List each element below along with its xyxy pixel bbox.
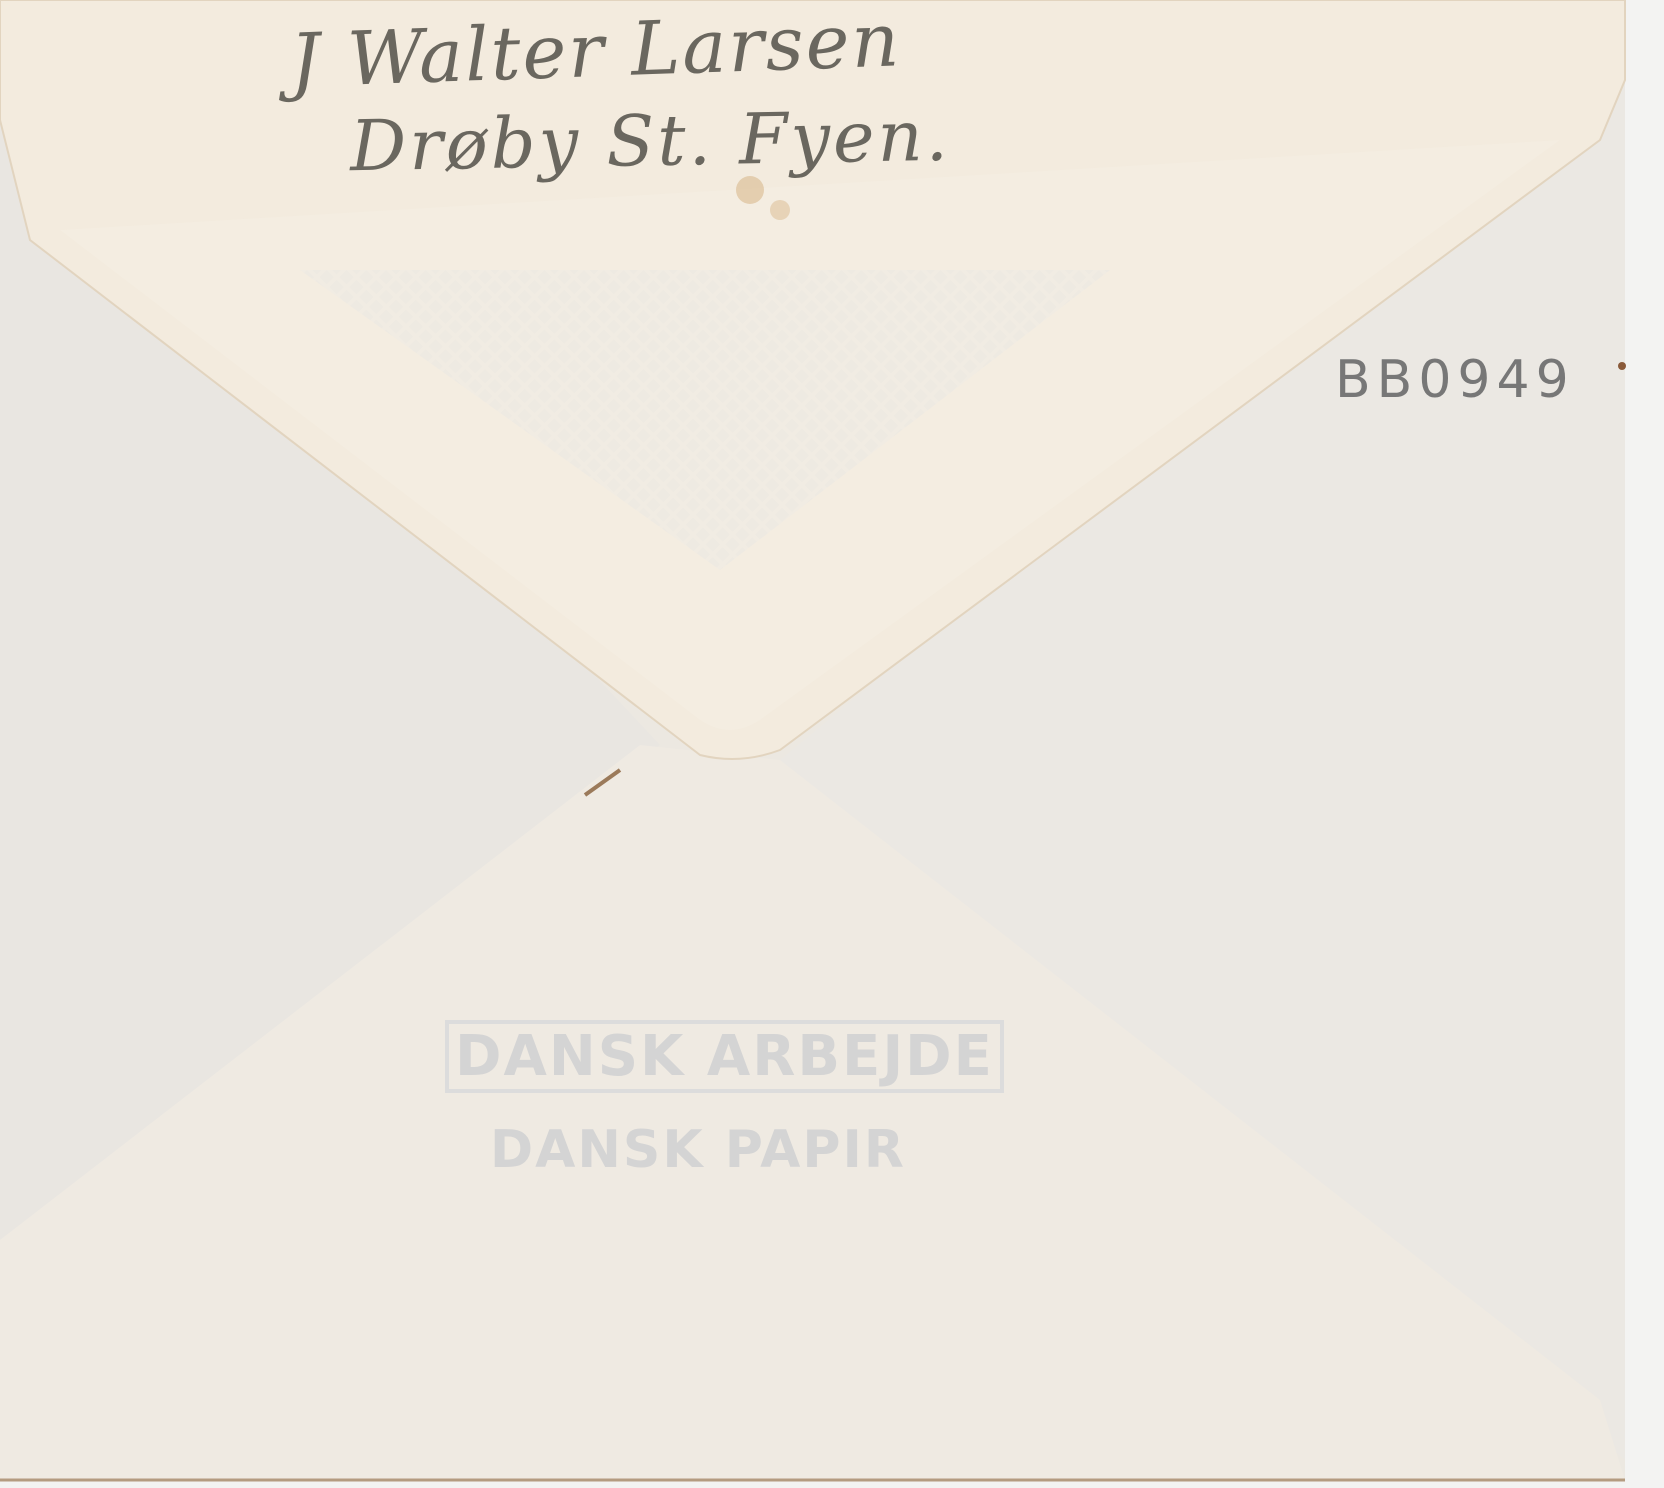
reference-number: BB0949: [1335, 350, 1575, 410]
watermark-line-1: DANSK ARBEJDE: [445, 1020, 1004, 1093]
sender-place: Drøby St. Fyen.: [349, 95, 951, 187]
watermark-line-2: DANSK PAPIR: [490, 1120, 906, 1180]
envelope: [0, 0, 1664, 1488]
